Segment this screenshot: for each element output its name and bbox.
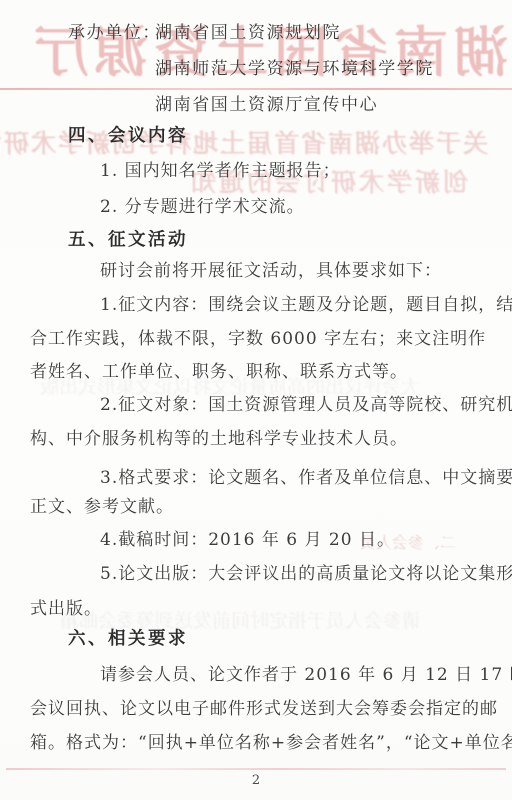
body-line: 2. 分专题进行学术交流。 [100, 192, 305, 217]
footer-rule [6, 768, 506, 770]
body-line: 箱。格式为：“回执+单位名称+参会者姓名”，“论文+单位名 [30, 728, 512, 753]
body-line: 4.截稿时间：2016 年 6 月 20 日。 [100, 525, 395, 550]
body-line: 5.论文出版：大会评议出的高质量论文将以论文集形 [100, 559, 512, 584]
body-line: 3.格式要求：论文题名、作者及单位信息、中文摘要、 [100, 463, 512, 488]
organizer-label: 承办单位： [68, 18, 161, 43]
body-line: 研讨会前将开展征文活动，具体要求如下： [100, 256, 442, 281]
body-line: 1.征文内容：围绕会议主题及分论题，题目自拟，结 [100, 290, 512, 315]
body-line: 2.征文对象：国土资源管理人员及高等院校、研究机 [100, 390, 512, 415]
body-line: 者姓名、工作单位、职务、职称、联系方式等。 [30, 357, 408, 382]
page-number: 2 [0, 773, 512, 788]
scanned-document-page: 湖南省国土资源厅 关于举办湖南省首届土地科学创新学术研讨 创新学术研讨会的通知 … [0, 0, 512, 800]
organizer-item: 湖南省国土资源规划院 [155, 18, 341, 43]
body-line: 会议回执、论文以电子邮件形式发送到大会筹委会指定的邮 [30, 694, 498, 719]
organizer-item: 湖南师范大学资源与环境科学学院 [155, 54, 434, 79]
body-line: 1. 国内知名学者作主题报告； [100, 156, 341, 181]
section-heading-5: 五、征文活动 [68, 226, 188, 251]
body-line: 合工作实践，体裁不限，字数 6000 字左右；来文注明作 [30, 324, 486, 349]
body-line: 请参会人员、论文作者于 2016 年 6 月 12 日 17 时前将 [100, 660, 512, 685]
section-heading-4: 四、会议内容 [68, 122, 188, 147]
section-heading-6: 六、相关要求 [68, 625, 188, 650]
organizer-item: 湖南省国土资源厅宣传中心 [155, 90, 378, 115]
body-line: 正文、参考文献。 [30, 492, 174, 517]
body-line: 式出版。 [30, 594, 102, 619]
body-line: 构、中介服务机构等的土地科学专业技术人员。 [30, 424, 408, 449]
